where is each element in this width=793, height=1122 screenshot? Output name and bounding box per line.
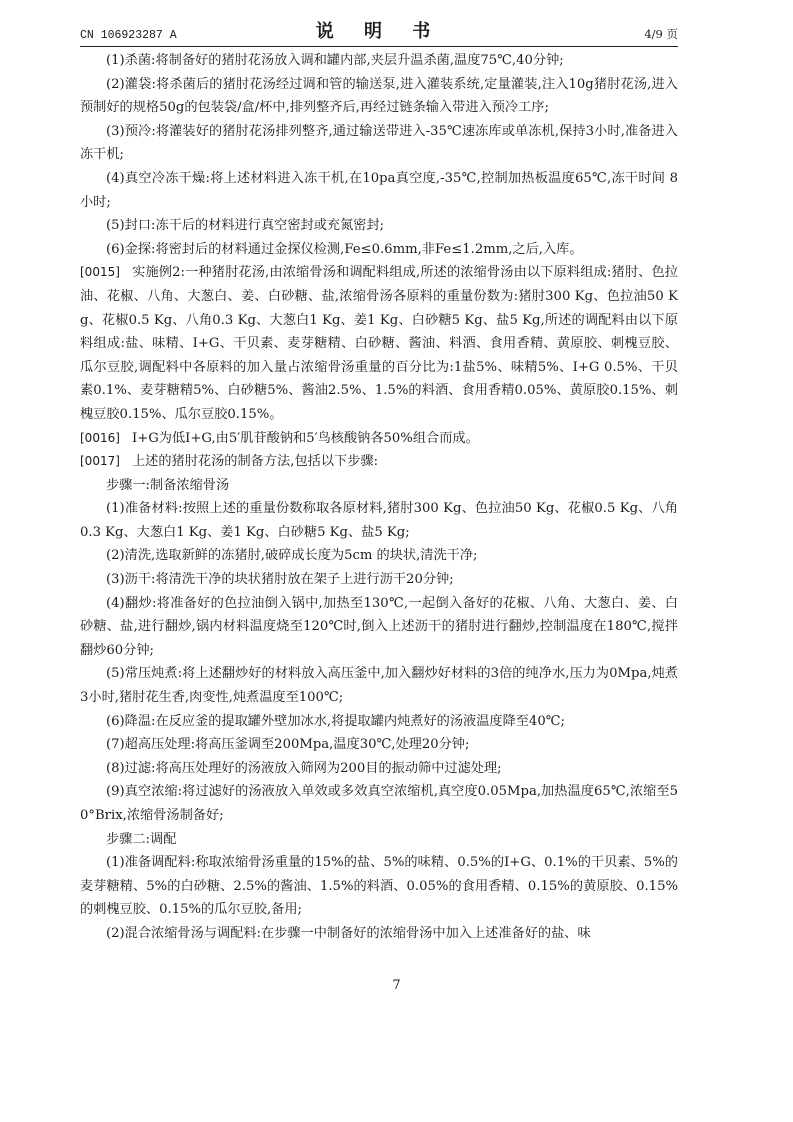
paragraph-stir-fry: (4)翻炒:将准备好的色拉油倒入锅中,加热至130℃,一起倒入备好的花椒、八角、…: [80, 592, 678, 663]
paragraph-text: 实施例2:一种猪肘花汤,由浓缩骨汤和调配料组成,所述的浓缩骨汤由以下原料组成:猪…: [80, 265, 678, 422]
page-header: CN 106923287 A 说 明 书 4/9 页: [80, 20, 678, 47]
paragraph-prepare-materials: (1)准备材料:按照上述的重量份数称取各原材料,猪肘300 Kg、色拉油50 K…: [80, 497, 678, 544]
page-number: 7: [0, 978, 793, 993]
paragraph-stew: (5)常压炖煮:将上述翻炒好的材料放入高压釜中,加入翻炒好材料的3倍的纯净水,压…: [80, 662, 678, 709]
paragraph-vacuum-concentrate: (9)真空浓缩:将过滤好的汤液放入单效或多效真空浓缩机,真空度0.05Mpa,加…: [80, 780, 678, 827]
paragraph-freeze-dry: (4)真空冷冻干燥:将上述材料进入冻干机,在10pa真空度,-35℃,控制加热板…: [80, 167, 678, 214]
page-info: 4/9 页: [644, 26, 678, 42]
paragraph-cool: (6)降温:在反应釜的提取罐外壁加冰水,将提取罐内炖煮好的汤液温度降至40℃;: [80, 710, 678, 734]
paragraph-0015: [0015]实施例2:一种猪肘花汤,由浓缩骨汤和调配料组成,所述的浓缩骨汤由以下…: [80, 261, 678, 426]
paragraph-metal-detect: (6)金探:将密封后的材料通过金探仪检测,Fe≤0.6mm,非Fe≤1.2mm,…: [80, 238, 678, 262]
step-two-heading: 步骤二:调配: [80, 828, 678, 852]
paragraph-prepare-seasoning: (1)准备调配料:称取浓缩骨汤重量的15%的盐、5%的味精、0.5%的I+G、0…: [80, 851, 678, 922]
paragraph-filter: (8)过滤:将高压处理好的汤液放入筛网为200目的振动筛中过滤处理;: [80, 757, 678, 781]
paragraph-bagging: (2)灌袋:将杀菌后的猪肘花汤经过调和管的输送泵,进入灌装系统,定量灌装,注入1…: [80, 73, 678, 120]
paragraph-sterilize: (1)杀菌:将制备好的猪肘花汤放入调和罐内部,夹层升温杀菌,温度75℃,40分钟…: [80, 49, 678, 73]
paragraph-0017: [0017]上述的猪肘花汤的制备方法,包括以下步骤:: [80, 450, 678, 474]
step-one-heading: 步骤一:制备浓缩骨汤: [80, 474, 678, 498]
paragraph-number: [0017]: [80, 450, 132, 474]
paragraph-0016: [0016]I+G为低I+G,由5′肌苷酸钠和5′鸟核酸钠各50%组合而成。: [80, 427, 678, 451]
paragraph-seal: (5)封口:冻干后的材料进行真空密封或充氮密封;: [80, 214, 678, 238]
paragraph-precool: (3)预冷:将灌装好的猪肘花汤排列整齐,通过输送带进入-35℃速冻库或单冻机,保…: [80, 120, 678, 167]
document-body: (1)杀菌:将制备好的猪肘花汤放入调和罐内部,夹层升温杀菌,温度75℃,40分钟…: [80, 49, 678, 946]
paragraph-text: 上述的猪肘花汤的制备方法,包括以下步骤:: [132, 454, 378, 469]
paragraph-number: [0015]: [80, 261, 132, 285]
paragraph-wash: (2)清洗,选取新鲜的冻猪肘,破碎成长度为5cm 的块状,清洗干净;: [80, 544, 678, 568]
paragraph-text: I+G为低I+G,由5′肌苷酸钠和5′鸟核酸钠各50%组合而成。: [132, 431, 479, 446]
paragraph-high-pressure: (7)超高压处理:将高压釜调至200Mpa,温度30℃,处理20分钟;: [80, 733, 678, 757]
paragraph-drain: (3)沥干:将清洗干净的块状猪肘放在架子上进行沥干20分钟;: [80, 568, 678, 592]
paragraph-number: [0016]: [80, 427, 132, 451]
document-title: 说 明 书: [80, 17, 678, 43]
paragraph-mix: (2)混合浓缩骨汤与调配料:在步骤一中制备好的浓缩骨汤中加入上述准备好的盐、味: [80, 922, 678, 946]
